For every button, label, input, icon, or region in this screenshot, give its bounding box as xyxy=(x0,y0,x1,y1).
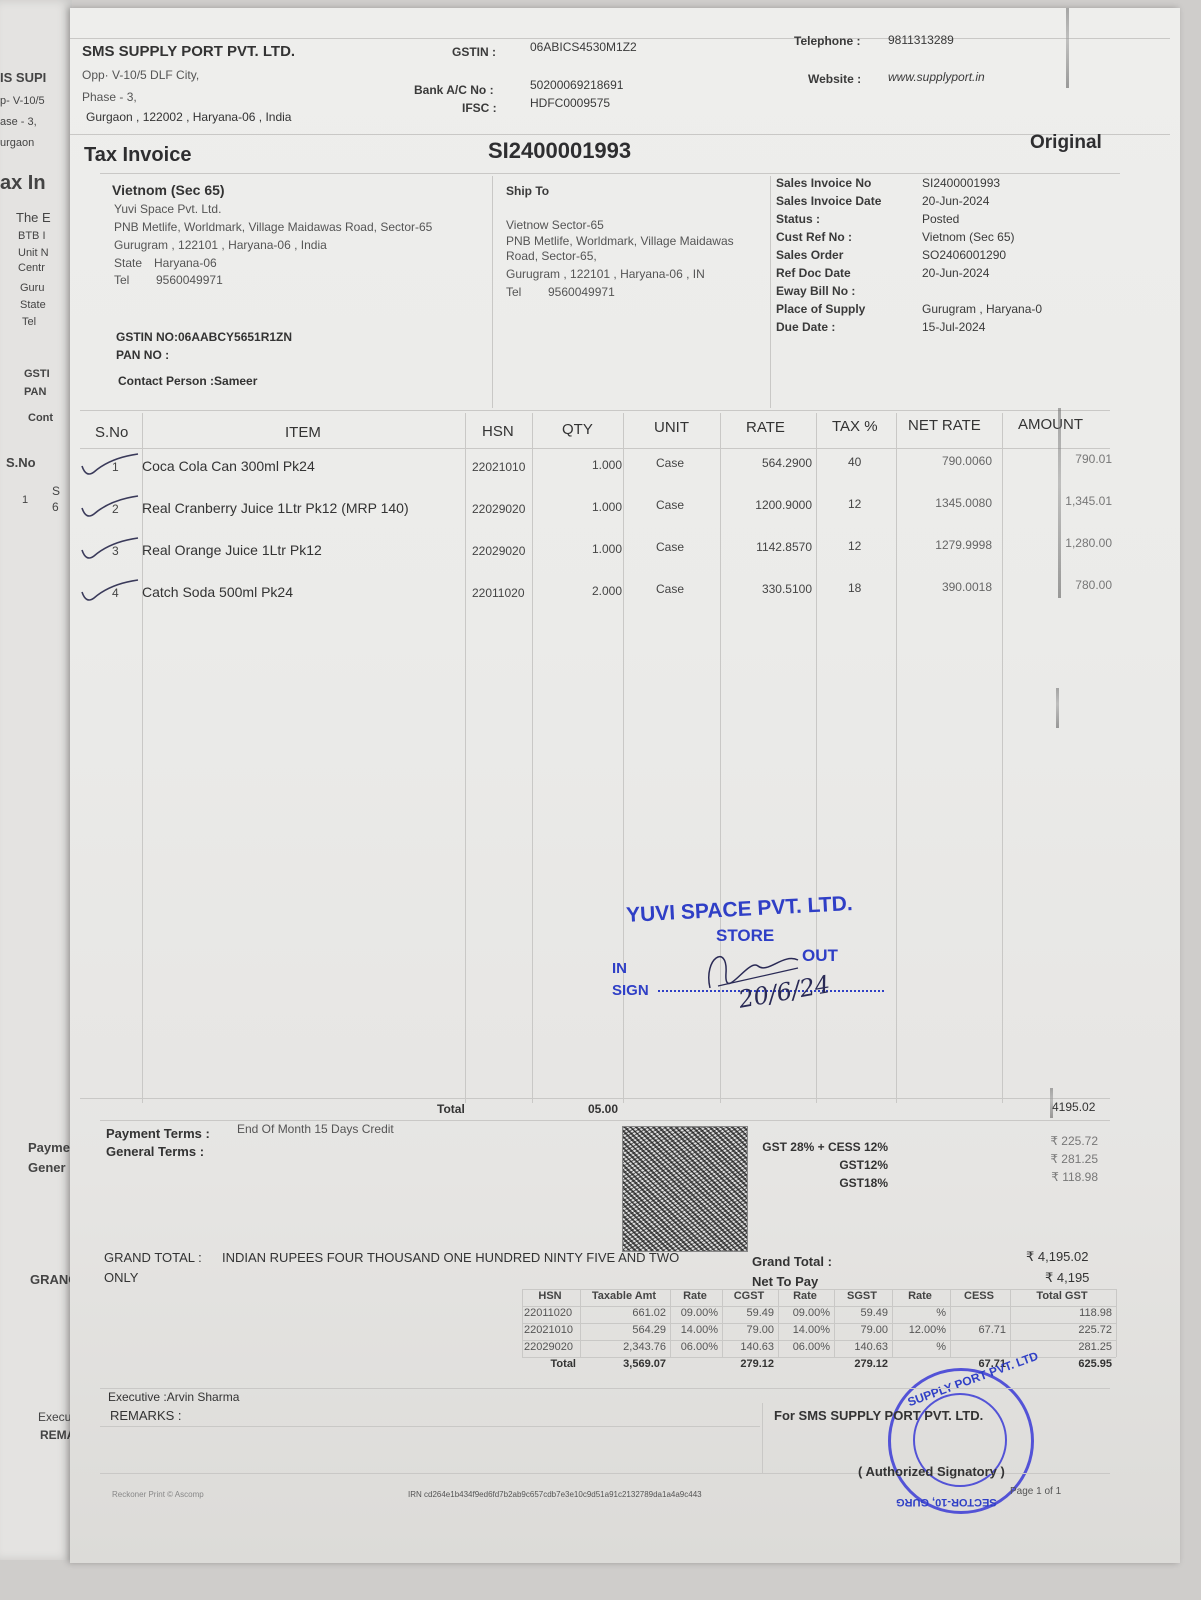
col-header-hsn: HSN xyxy=(482,423,514,440)
ship-to-tel: 9560049971 xyxy=(548,285,615,299)
invoice-number: SI2400001993 xyxy=(488,138,631,164)
seller-address-2: Phase - 3, xyxy=(82,90,137,104)
meta-label: Sales Invoice No xyxy=(776,176,871,190)
bill-to-name: Vietnom (Sec 65) xyxy=(112,182,225,198)
under-text: State xyxy=(20,299,46,311)
gstin-label: GSTIN : xyxy=(452,45,496,59)
gst-grid-line xyxy=(892,1289,893,1357)
under-text: Tel xyxy=(22,316,36,328)
row-hsn: 22011020 xyxy=(472,586,525,600)
meta-label: Sales Order xyxy=(776,248,843,262)
fold-mark xyxy=(1050,1088,1053,1118)
gst-cell: 2,343.76 xyxy=(582,1341,666,1353)
gst-cell: 3,569.07 xyxy=(582,1358,666,1370)
under-text: Payme xyxy=(28,1140,70,1155)
gst-cell: 14.00% xyxy=(780,1324,830,1336)
seller-gstin: 06ABICS4530M1Z2 xyxy=(530,40,637,54)
meta-value: 20-Jun-2024 xyxy=(922,194,989,208)
row-unit: Case xyxy=(656,582,684,596)
bank-account: 50200069218691 xyxy=(530,78,623,92)
under-text: Guru xyxy=(20,282,44,294)
under-text: p- V-10/5 xyxy=(0,95,45,107)
row-rate: 564.2900 xyxy=(720,456,812,470)
check-mark-icon xyxy=(80,536,140,562)
gst-grid-line xyxy=(722,1289,723,1357)
gst-cell: 59.49 xyxy=(724,1307,774,1319)
gst-col-header: Total GST xyxy=(1012,1290,1112,1302)
gst-cell: 59.49 xyxy=(836,1307,888,1319)
gst-cell: 14.00% xyxy=(672,1324,718,1336)
row-hsn: 22029020 xyxy=(472,544,525,558)
gst-cell: 22029020 xyxy=(524,1341,576,1353)
under-text: The E xyxy=(16,210,51,225)
row-unit: Case xyxy=(656,456,684,470)
qr-code xyxy=(622,1126,748,1252)
divider xyxy=(896,413,897,1103)
row-unit: Case xyxy=(656,498,684,512)
store-stamp-in: IN xyxy=(612,960,627,977)
check-mark-icon xyxy=(80,494,140,520)
divider xyxy=(100,1120,1110,1121)
under-text: BTB I xyxy=(18,230,46,242)
for-company: For SMS SUPPLY PORT PVT. LTD. xyxy=(774,1408,983,1423)
store-stamp-company: YUVI SPACE PVT. LTD. xyxy=(626,892,854,928)
gst-cell: 12.00% xyxy=(894,1324,946,1336)
under-text: Cont xyxy=(28,412,53,424)
col-header-qty: QTY xyxy=(562,421,593,438)
divider xyxy=(1002,413,1003,1103)
row-hsn: 22021010 xyxy=(472,460,525,474)
gst-grid-line xyxy=(950,1289,951,1357)
row-qty: 1.000 xyxy=(540,458,622,472)
gst-grid-line xyxy=(522,1289,1116,1290)
meta-label: Due Date : xyxy=(776,320,835,334)
payment-terms-label: Payment Terms : xyxy=(106,1126,210,1141)
ifsc-label: IFSC : xyxy=(462,101,497,115)
gst-grid-line xyxy=(522,1323,1116,1324)
divider xyxy=(100,1388,1110,1389)
gst-col-header: CESS xyxy=(952,1290,1006,1302)
gst-col-header: Rate xyxy=(780,1290,830,1302)
tax-summary-value: ₹ 225.72 xyxy=(1010,1134,1098,1148)
fold-mark xyxy=(1066,8,1069,88)
meta-value: 20-Jun-2024 xyxy=(922,266,989,280)
tax-summary-value: ₹ 281.25 xyxy=(1010,1152,1098,1166)
gst-cell: 279.12 xyxy=(724,1358,774,1370)
divider xyxy=(770,176,771,408)
row-tax: 12 xyxy=(848,497,861,511)
software-credit: Reckoner Print © Ascomp xyxy=(112,1490,204,1499)
net-to-pay-label: Net To Pay xyxy=(752,1274,818,1289)
ship-to-tel-label: Tel xyxy=(506,285,521,299)
gst-grid-line xyxy=(834,1289,835,1357)
gst-cell: 79.00 xyxy=(836,1324,888,1336)
row-net-rate: 390.0018 xyxy=(896,580,992,594)
seller-address-1: Opp· V-10/5 DLF City, xyxy=(82,68,199,82)
divider xyxy=(532,413,533,1103)
bill-to-gstin: GSTIN NO:06AABCY5651R1ZN xyxy=(116,330,292,344)
divider xyxy=(465,413,466,1103)
row-tax: 18 xyxy=(848,581,861,595)
gst-grid-line xyxy=(778,1289,779,1357)
row-tax: 12 xyxy=(848,539,861,553)
ifsc-code: HDFC0009575 xyxy=(530,96,610,110)
gst-col-header: CGST xyxy=(724,1290,774,1302)
contact-person: Contact Person :Sameer xyxy=(118,374,257,388)
grand-total-words-label: GRAND TOTAL : xyxy=(104,1250,202,1265)
fold-mark xyxy=(1058,408,1061,598)
row-unit: Case xyxy=(656,540,684,554)
under-text: Unit N xyxy=(18,247,49,259)
col-header-amount: AMOUNT xyxy=(1018,416,1083,433)
net-to-pay-value: ₹ 4,195 xyxy=(1045,1270,1089,1286)
row-amount: 1,345.01 xyxy=(1010,494,1112,508)
divider xyxy=(80,1098,1110,1099)
meta-value: 15-Jul-2024 xyxy=(922,320,985,334)
total-amount: 4195.02 xyxy=(1052,1100,1095,1114)
under-text: urgaon xyxy=(0,137,34,149)
gst-cell: 22021010 xyxy=(524,1324,576,1336)
divider xyxy=(720,413,721,1103)
gst-col-header: Rate xyxy=(672,1290,718,1302)
row-qty: 2.000 xyxy=(540,584,622,598)
gst-cell: 09.00% xyxy=(672,1307,718,1319)
divider xyxy=(100,1426,760,1427)
page-number: Page 1 of 1 xyxy=(1010,1486,1061,1497)
remarks-label: REMARKS : xyxy=(110,1408,182,1423)
under-text: PAN xyxy=(24,386,46,398)
grand-total-value: ₹ 4,195.02 xyxy=(1026,1249,1089,1265)
gst-col-header: Rate xyxy=(894,1290,946,1302)
under-text: Gener xyxy=(28,1160,66,1175)
authorized-signatory: ( Authorized Signatory ) xyxy=(858,1464,1005,1479)
website-label: Website : xyxy=(808,72,861,86)
gst-cell: 661.02 xyxy=(582,1307,666,1319)
row-qty: 1.000 xyxy=(540,542,622,556)
ship-to-address-1: PNB Metlife, Worldmark, Village Maidawas xyxy=(506,234,734,248)
meta-value: Gurugram , Haryana-0 xyxy=(922,302,1042,316)
tax-summary-label: GST 28% + CESS 12% xyxy=(756,1140,888,1154)
divider xyxy=(492,176,493,408)
under-text: GSTI xyxy=(24,368,50,380)
gst-grid-line xyxy=(1116,1289,1117,1357)
divider xyxy=(762,1403,763,1473)
divider xyxy=(80,448,1110,449)
meta-label: Eway Bill No : xyxy=(776,284,855,298)
row-qty: 1.000 xyxy=(540,500,622,514)
gst-cell: % xyxy=(894,1341,946,1353)
tax-summary-label: GST18% xyxy=(756,1176,888,1190)
col-header-unit: UNIT xyxy=(654,419,689,436)
website-link[interactable]: www.supplyport.in xyxy=(888,70,985,84)
gst-grid-line xyxy=(522,1340,1116,1341)
row-net-rate: 1345.0080 xyxy=(896,496,992,510)
row-item: Coca Cola Can 300ml Pk24 xyxy=(142,458,315,474)
tax-summary-value: ₹ 118.98 xyxy=(1010,1170,1098,1184)
row-item: Real Cranberry Juice 1Ltr Pk12 (MRP 140) xyxy=(142,500,409,516)
meta-label: Status : xyxy=(776,212,820,226)
bill-to-tel: 9560049971 xyxy=(156,273,223,287)
meta-label: Ref Doc Date xyxy=(776,266,851,280)
meta-value: SI2400001993 xyxy=(922,176,1000,190)
telephone-label: Telephone : xyxy=(794,34,860,48)
bill-to-state: Haryana-06 xyxy=(154,256,217,270)
gst-grid-line xyxy=(670,1289,671,1357)
under-text: ase - 3, xyxy=(0,116,37,128)
ship-to-address-2: Road, Sector-65, xyxy=(506,249,597,263)
gst-col-header: SGST xyxy=(836,1290,888,1302)
gst-cell: 279.12 xyxy=(836,1358,888,1370)
store-stamp-sign: SIGN xyxy=(612,982,649,999)
divider xyxy=(623,413,624,1103)
under-text: 1 xyxy=(22,494,28,506)
meta-value: Posted xyxy=(922,212,959,226)
row-amount: 780.00 xyxy=(1010,578,1112,592)
document-title: Tax Invoice xyxy=(84,144,191,167)
gst-col-header: HSN xyxy=(524,1290,576,1302)
total-qty: 05.00 xyxy=(588,1102,618,1116)
row-hsn: 22029020 xyxy=(472,502,525,516)
meta-value: Vietnom (Sec 65) xyxy=(922,230,1015,244)
gst-grid-line xyxy=(1010,1289,1011,1357)
invoice-page: SMS SUPPLY PORT PVT. LTD. Opp· V-10/5 DL… xyxy=(70,8,1180,1563)
gst-grid-line xyxy=(522,1306,1116,1307)
divider xyxy=(70,38,1170,39)
meta-label: Sales Invoice Date xyxy=(776,194,881,208)
divider xyxy=(142,413,143,1103)
bill-to-company: Yuvi Space Pvt. Ltd. xyxy=(114,202,221,216)
ship-to-name: Vietnow Sector-65 xyxy=(506,218,604,232)
general-terms-label: General Terms : xyxy=(106,1144,204,1159)
col-header-rate: RATE xyxy=(746,419,785,436)
meta-value: SO2406001290 xyxy=(922,248,1006,262)
row-rate: 330.5100 xyxy=(720,582,812,596)
bill-to-address: PNB Metlife, Worldmark, Village Maidawas… xyxy=(114,220,432,234)
row-amount: 790.01 xyxy=(1010,452,1112,466)
seal-text-bottom: SECTOR-10, GURG xyxy=(896,1496,997,1508)
check-mark-icon xyxy=(80,578,140,604)
ship-to-heading: Ship To xyxy=(506,184,549,198)
under-text: S.No xyxy=(6,455,36,470)
row-item: Catch Soda 500ml Pk24 xyxy=(142,584,293,600)
gst-cell: 67.71 xyxy=(952,1324,1006,1336)
row-net-rate: 1279.9998 xyxy=(896,538,992,552)
divider xyxy=(80,410,1110,411)
underlying-page-edge: IS SUPI p- V-10/5 ase - 3, urgaon ax In … xyxy=(0,0,72,1560)
grand-total-words: INDIAN RUPEES FOUR THOUSAND ONE HUNDRED … xyxy=(222,1250,679,1265)
total-label: Total xyxy=(437,1102,465,1116)
irn: IRN cd264e1b434f9ed6fd7b2ab9c657cdb7e3e1… xyxy=(408,1490,702,1499)
divider xyxy=(70,134,1170,135)
gst-grid-line xyxy=(522,1289,523,1357)
gst-cell: 06.00% xyxy=(780,1341,830,1353)
under-text: S xyxy=(52,484,60,498)
row-net-rate: 790.0060 xyxy=(896,454,992,468)
bill-to-pan: PAN NO : xyxy=(116,348,169,362)
telephone: 9811313289 xyxy=(888,33,954,47)
gst-cell: 225.72 xyxy=(1012,1324,1112,1336)
under-text: IS SUPI xyxy=(0,70,46,85)
executive: Executive :Arvin Sharma xyxy=(108,1390,239,1404)
under-text: 6 xyxy=(52,500,59,514)
gst-cell: 79.00 xyxy=(724,1324,774,1336)
row-rate: 1142.8570 xyxy=(720,540,812,554)
gst-cell: 118.98 xyxy=(1012,1307,1112,1319)
bill-to-tel-label: Tel xyxy=(114,273,129,287)
copy-type: Original xyxy=(1030,132,1102,154)
bill-to-city: Gurugram , 122101 , Haryana-06 , India xyxy=(114,238,327,252)
gst-cell: Total xyxy=(524,1358,576,1370)
grand-total-words-2: ONLY xyxy=(104,1270,138,1285)
gst-cell: 564.29 xyxy=(582,1324,666,1336)
gst-cell: % xyxy=(894,1307,946,1319)
meta-label: Cust Ref No : xyxy=(776,230,852,244)
ship-to-city: Gurugram , 122101 , Haryana-06 , IN xyxy=(506,267,705,281)
row-rate: 1200.9000 xyxy=(720,498,812,512)
seller-address-3: Gurgaon , 122002 , Haryana-06 , India xyxy=(86,110,291,124)
under-text: ax In xyxy=(0,172,46,195)
fold-mark xyxy=(1056,688,1059,728)
gst-grid-line xyxy=(580,1289,581,1357)
col-header-sno: S.No xyxy=(95,424,128,441)
bill-to-state-label: State xyxy=(114,256,142,270)
row-tax: 40 xyxy=(848,455,861,469)
payment-terms-value: End Of Month 15 Days Credit xyxy=(237,1122,394,1136)
seller-name: SMS SUPPLY PORT PVT. LTD. xyxy=(82,43,295,60)
col-header-item: ITEM xyxy=(285,424,321,441)
gst-cell: 140.63 xyxy=(836,1341,888,1353)
grand-total-label: Grand Total : xyxy=(752,1254,832,1269)
col-header-net-rate: NET RATE xyxy=(908,417,981,434)
row-item: Real Orange Juice 1Ltr Pk12 xyxy=(142,542,322,558)
gst-cell: 140.63 xyxy=(724,1341,774,1353)
bank-label: Bank A/C No : xyxy=(414,83,494,97)
gst-cell: 22011020 xyxy=(524,1307,576,1319)
check-mark-icon xyxy=(80,452,140,478)
divider xyxy=(100,173,1120,174)
under-text: Centr xyxy=(18,262,45,274)
col-header-tax: TAX % xyxy=(832,418,878,435)
row-amount: 1,280.00 xyxy=(1010,536,1112,550)
gst-col-header: Taxable Amt xyxy=(582,1290,666,1302)
meta-label: Place of Supply xyxy=(776,302,865,316)
tax-summary-label: GST12% xyxy=(756,1158,888,1172)
gst-cell: 09.00% xyxy=(780,1307,830,1319)
gst-cell: 06.00% xyxy=(672,1341,718,1353)
